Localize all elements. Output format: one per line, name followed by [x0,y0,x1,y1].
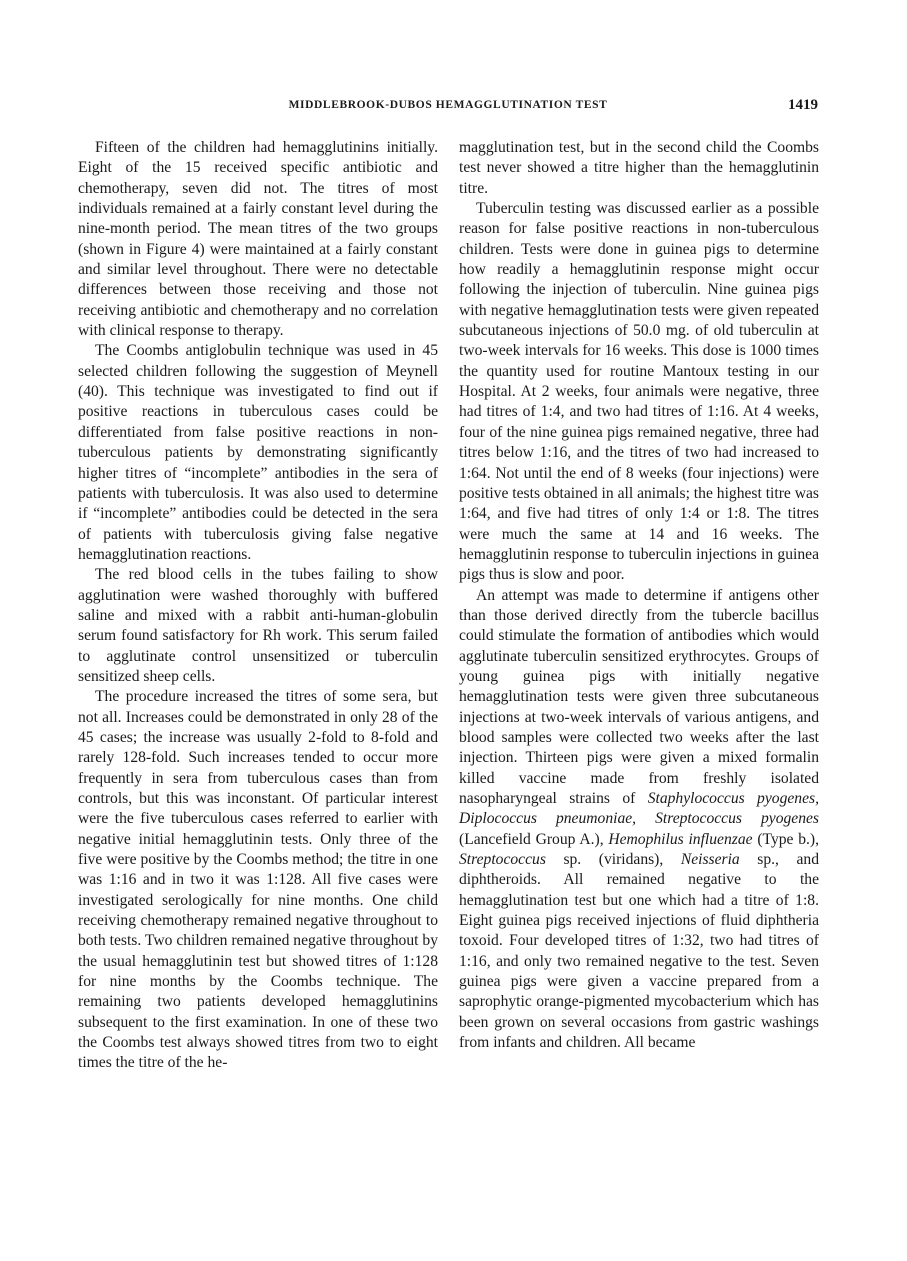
paragraph-hemagglutinin-titres: Fifteen of the children had hemagglutini… [78,138,438,341]
paragraph-continuation: magglutination test, but in the second c… [459,138,819,199]
running-title: MIDDLEBROOK-DUBOS HEMAGGLUTINATION TEST [78,99,818,111]
text-run: (Type b.), [753,831,819,848]
text-run: An attempt was made to determine if anti… [459,587,819,807]
page-number: 1419 [788,97,818,114]
text-run: sp., and diphtheroids. All remained nega… [459,851,819,1051]
paragraph-other-antigens: An attempt was made to determine if anti… [459,586,819,1054]
running-head: MIDDLEBROOK-DUBOS HEMAGGLUTINATION TEST … [78,97,818,117]
paragraph-coombs-technique: The Coombs antiglobulin technique was us… [78,341,438,565]
right-column: magglutination test, but in the second c… [459,138,819,1053]
paragraph-procedure-results: The procedure increased the titres of so… [78,687,438,1074]
paragraph-tuberculin-testing: Tuberculin testing was discussed earlier… [459,199,819,586]
organism-name: Streptococcus [459,851,546,868]
organism-name: Neisseria [681,851,740,868]
paragraph-red-blood-cells: The red blood cells in the tubes failing… [78,565,438,687]
text-run: sp. (viridans), [546,851,681,868]
organism-name: Hemophilus influenzae [608,831,752,848]
left-column: Fifteen of the children had hemagglutini… [78,138,438,1074]
text-run: (Lancefield Group A.), [459,831,608,848]
